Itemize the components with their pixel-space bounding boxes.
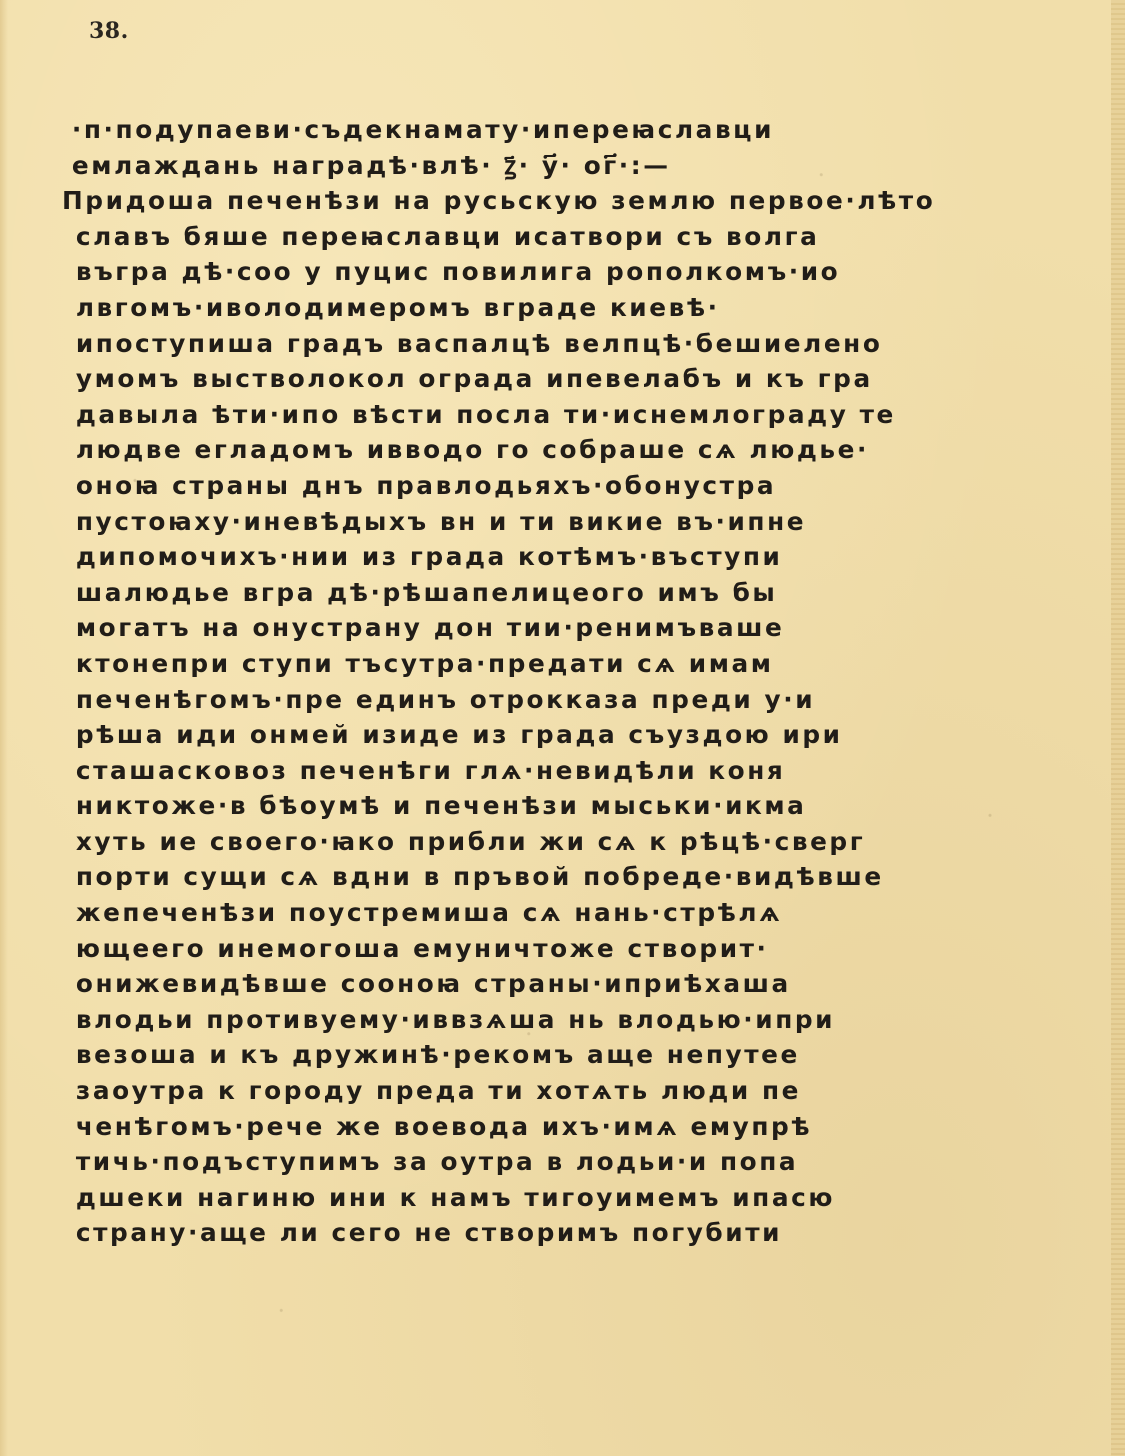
text-line: жепеченѣзи поустремиша сѧ нань·стрѣлѧ: [62, 895, 1102, 931]
text-line: пустоꙗху·иневѣдыхъ вн и ти викие въ·ипне: [62, 504, 1102, 540]
page-number: 38.: [89, 18, 129, 44]
text-line: ющеего инемогоша емуничтоже створит·: [62, 931, 1102, 967]
text-line: тичь·подъступимъ за оутра в лодьи·и попа: [62, 1144, 1102, 1180]
text-line: шалюдье вгра дѣ·рѣшапелицеого имъ бы: [62, 575, 1102, 611]
manuscript-text-block: ·п·подупаеви·съдекнамату·ипереꙗславци ем…: [62, 112, 1112, 1251]
text-line: давыла ѣти·ипо вѣсти посла ти·иснемлогра…: [62, 397, 1102, 433]
text-line: въгра дѣ·соо у пуцис повилига рополкомъ·…: [62, 254, 1102, 290]
text-line: славъ бяше переꙗславци исатвори съ волга: [62, 219, 1102, 255]
text-line-with-initial: Придоша печенѣзи на русьскую землю перво…: [62, 183, 1102, 219]
text-line: страну·аще ли сего не створимъ погубити: [62, 1215, 1102, 1251]
text-line: ктонепри ступи тъсутра·предати сѧ имам: [62, 646, 1102, 682]
text-line: сташасковоз печенѣги глѧ·невидѣли коня: [62, 753, 1102, 789]
text-line: заоутра к городу преда ти хотѧть люди пе: [62, 1073, 1102, 1109]
text-line: лвгомъ·иволодимеромъ вграде киевѣ·: [62, 290, 1102, 326]
text-line: ·п·подупаеви·съдекнамату·ипереꙗславци: [62, 112, 1102, 148]
text-line: порти сущи сѧ вдни в пръвой побреде·видѣ…: [62, 859, 1102, 895]
text-line: умомъ выстволокол ограда ипевелабъ и къ …: [62, 361, 1102, 397]
manuscript-page: 38. ·п·подупаеви·съдекнамату·ипереꙗславц…: [0, 0, 1125, 1456]
text-line: печенѣгомъ·пре единъ отрокказа преди у·и: [62, 682, 1102, 718]
text-line: ченѣгомъ·рече же воевода ихъ·имѧ емупрѣ: [62, 1109, 1102, 1145]
text-line: везоша и къ дружинѣ·рекомъ аще непутее: [62, 1037, 1102, 1073]
text-line: рѣша иди онмей изиде из града съуздою ир…: [62, 717, 1102, 753]
text-line: онижевидѣвше сооноꙗ страны·иприѣхаша: [62, 966, 1102, 1002]
text-line: влодьи противуему·иввзѧша нь влодью·ипри: [62, 1002, 1102, 1038]
page-right-edge: [1111, 0, 1125, 1456]
text-line: ипоступиша градъ васпалцѣ велпцѣ·бешиеле…: [62, 326, 1102, 362]
page-left-edge: [0, 0, 8, 1456]
text-line: оноꙗ страны днъ правлодьяхъ·обонустра: [62, 468, 1102, 504]
text-line: емлаждань наградѣ·влѣ· ꙁ҃· у҃· ог҃·:—: [62, 148, 1102, 184]
text-line: могатъ на онустрану дон тии·ренимъваше: [62, 610, 1102, 646]
text-line: хуть ие своего·ꙗко прибли жи сѧ к рѣцѣ·с…: [62, 824, 1102, 860]
text-line: никтоже·в бѣоумѣ и печенѣзи мыськи·икма: [62, 788, 1102, 824]
text-line: дипомочихъ·нии из града котѣмъ·въступи: [62, 539, 1102, 575]
text-line: дшеки нагиню ини к намъ тигоуимемъ ипасю: [62, 1180, 1102, 1216]
text-line: людве егладомъ ивводо го собраше сѧ людь…: [62, 432, 1102, 468]
